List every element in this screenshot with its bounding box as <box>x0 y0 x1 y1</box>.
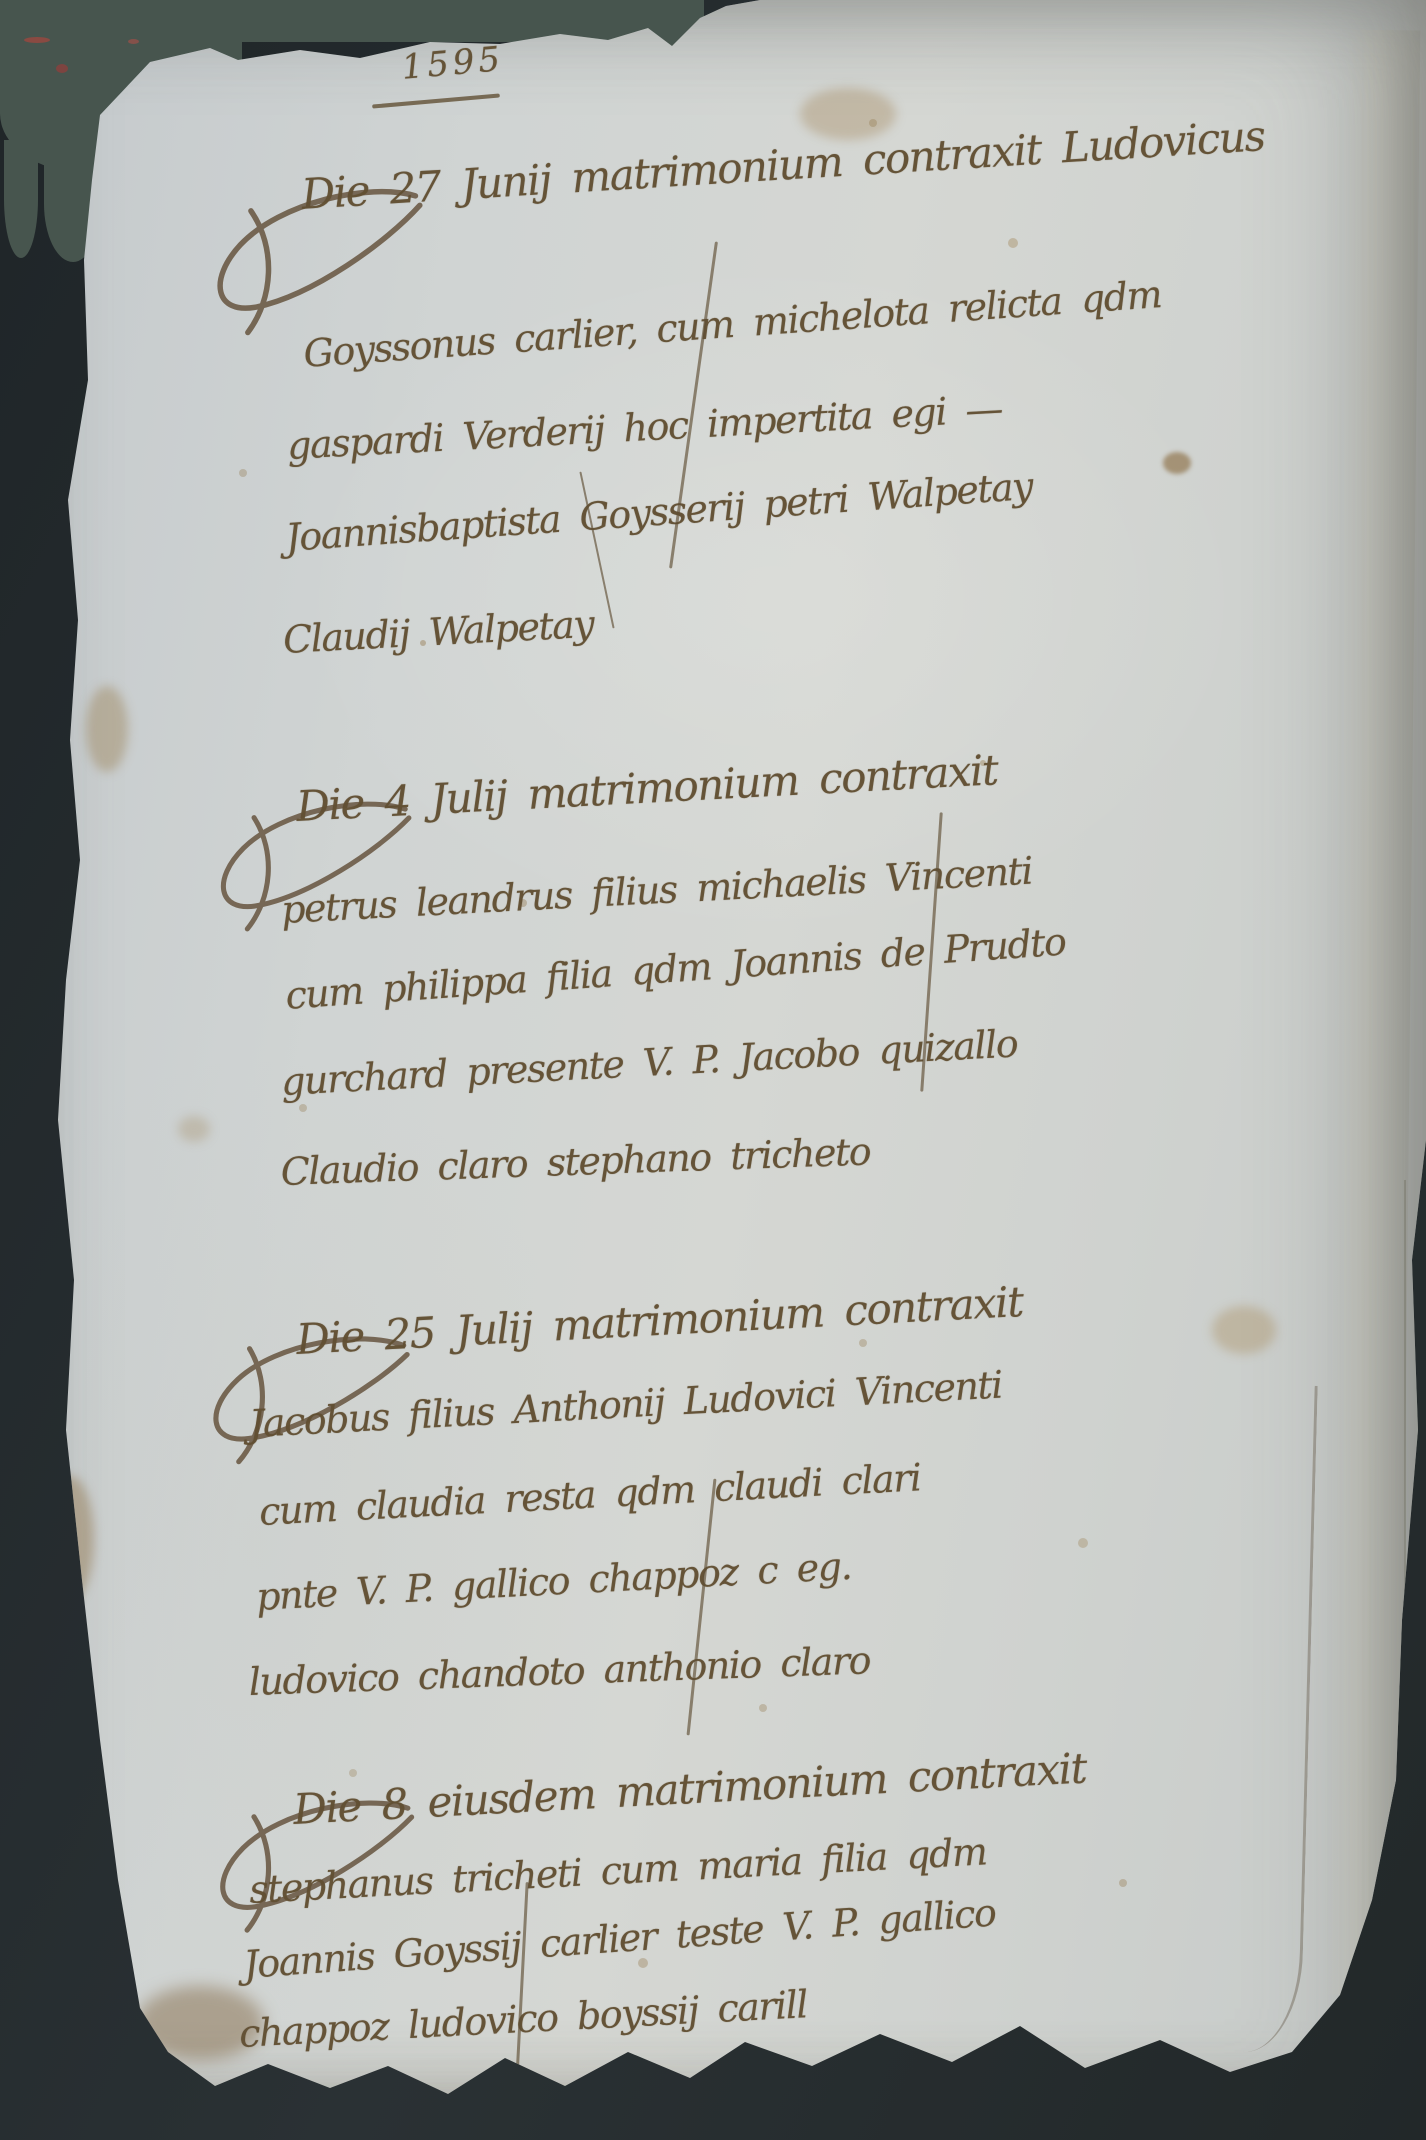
paint-speck <box>56 64 68 73</box>
stain <box>1163 452 1191 474</box>
stain <box>1212 1306 1276 1354</box>
manuscript-photo: 1595 Die 27 Junij matrimonium contraxit … <box>0 0 1426 2140</box>
paint-speck <box>128 39 139 44</box>
stain <box>46 1476 94 1602</box>
page-crease <box>1404 1180 1406 1720</box>
stain <box>178 1116 210 1142</box>
manuscript-page: 1595 Die 27 Junij matrimonium contraxit … <box>0 0 1426 2140</box>
stain <box>86 686 128 772</box>
paint-speck <box>24 37 50 43</box>
stain <box>800 88 896 140</box>
corner-patch <box>4 140 38 258</box>
